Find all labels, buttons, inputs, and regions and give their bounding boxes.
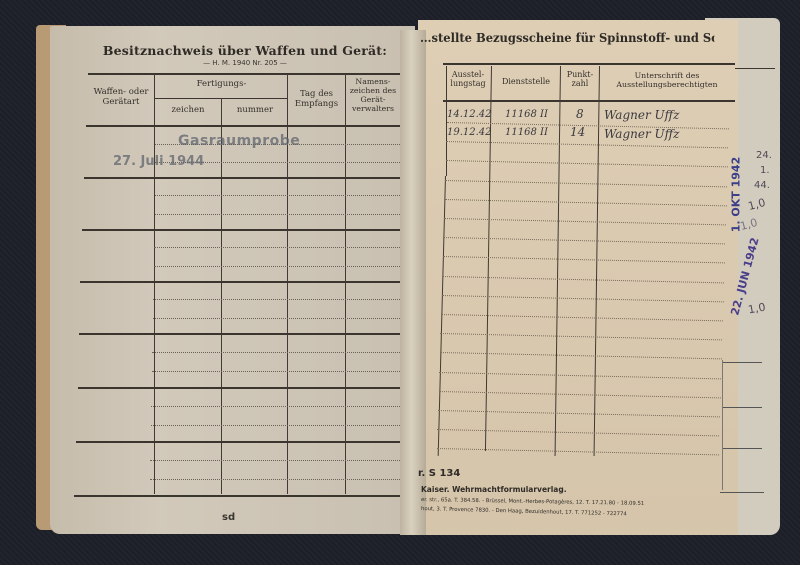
- header-points: Punkt- zahl: [561, 70, 599, 88]
- dotted-line: [155, 214, 400, 215]
- margin-rule: [735, 68, 775, 69]
- header-production-group: Fertigungs-: [155, 80, 288, 90]
- page-mark: sd: [222, 512, 235, 523]
- row-separator: [86, 125, 400, 127]
- stamp-date: 27. Juli 1944: [113, 154, 204, 169]
- dotted-line: [151, 425, 400, 426]
- form-number: r. S 134: [418, 468, 460, 479]
- margin-rule: [722, 360, 723, 490]
- dotted-line: [153, 318, 400, 319]
- entry-2-points: 14: [570, 125, 585, 139]
- pencil-note: 44.: [754, 180, 770, 191]
- entry-1-issue-date: 14.12.42: [447, 109, 492, 120]
- publisher-name: Kaiser. Wehrmachtformularverlag.: [421, 485, 567, 494]
- header-office: Dienststelle: [492, 77, 560, 86]
- table-top-rule: [88, 73, 400, 75]
- dotted-line: [152, 352, 400, 353]
- entry-1-points: 8: [576, 107, 584, 121]
- row-separator: [80, 281, 400, 283]
- entry-2-office: 11168 II: [505, 127, 548, 138]
- dotted-line: [154, 247, 400, 248]
- left-page-title: Besitznachweis über Waffen und Gerät:: [95, 43, 395, 58]
- dotted-line: [150, 460, 400, 461]
- pencil-note: 1.: [760, 165, 770, 176]
- margin-rule: [720, 492, 764, 493]
- margin-rule: [722, 448, 762, 449]
- pencil-note: 24.: [756, 150, 772, 161]
- entry-1-office: 11168 II: [505, 109, 548, 120]
- dotted-line: [152, 371, 400, 372]
- row-separator: [78, 387, 400, 389]
- entry-2-signature: Wagner Uffz: [604, 127, 679, 141]
- dotted-line: [150, 479, 400, 480]
- header-signature: Unterschrift des Ausstellungsberechtigte…: [600, 72, 734, 90]
- left-page-subtitle: — H. M. 1940 Nr. 205 —: [95, 59, 395, 67]
- header-issue-date: Ausstel- lungstag: [446, 70, 490, 88]
- header-bottom-rule: [443, 100, 735, 102]
- column-divider: [221, 98, 222, 494]
- dotted-line: [155, 195, 400, 196]
- entry-1-signature: Wagner Uffz: [604, 108, 679, 122]
- header-custodian-signature: Namens- zeichen des Gerät- verwalters: [346, 78, 400, 114]
- header-weapon-type: Waffen- oder Gerätart: [88, 88, 154, 108]
- right-page-title: …stellte Bezugsscheine für Spinnstoff- u…: [420, 30, 714, 45]
- column-divider: [345, 74, 346, 494]
- table-top-rule: [443, 63, 735, 65]
- header-production-number: nummer: [222, 106, 288, 116]
- book-gutter: [400, 30, 426, 535]
- header-receipt-day: Tag des Empfangs: [288, 90, 345, 110]
- row-separator: [82, 229, 400, 231]
- margin-rule: [722, 407, 762, 408]
- column-divider: [154, 74, 155, 494]
- row-separator: [79, 333, 400, 335]
- gas-chamber-test-stamp: Gasraumprobe: [178, 133, 300, 149]
- dotted-line: [151, 406, 400, 407]
- dotted-line: [153, 299, 400, 300]
- header-production-mark: zeichen: [155, 106, 221, 116]
- dotted-line: [154, 266, 400, 267]
- margin-rule: [722, 362, 762, 363]
- row-separator: [84, 177, 400, 179]
- row-separator: [74, 495, 400, 497]
- entry-2-issue-date: 19.12.42: [447, 127, 492, 138]
- row-separator: [76, 441, 400, 443]
